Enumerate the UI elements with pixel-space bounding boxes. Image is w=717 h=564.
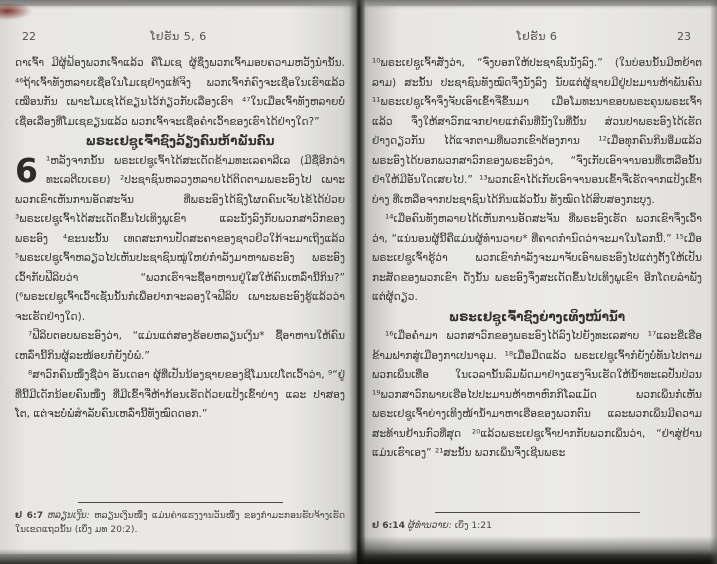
chapter-number-drop-cap: 6 (15, 155, 38, 187)
book-photo: 22 ໂຢຮັນ 5, 6 ດາເຈົ້າ ມີຜູ້ຟ້ອງພວກເຈົ້າແ… (0, 0, 717, 564)
paragraph-john5-end: ດາເຈົ້າ ມີຜູ້ຟ້ອງພວກເຈົ້າແລ້ວ ຄືໂມເຊ ຜູ້… (15, 54, 345, 132)
paragraph-verse10-13: ¹⁰ພຣະເຢຊູເຈົ້າສັ່ງວ່າ, “ຈົ່ງບອກໃຫ້ປະຊາຊົ… (372, 54, 702, 210)
left-page: 22 ໂຢຮັນ 5, 6 ດາເຈົ້າ ມີຜູ້ຟ້ອງພວກເຈົ້າແ… (0, 6, 357, 554)
paragraph-verse7: ⁷ຟີລິບຕອບພຣະອົງວ່າ, “ແມ່ນແຕ່ສອງຮ້ອຍຫລຽນເ… (15, 327, 345, 366)
footnote-term: ຜູ້ທຳນວາຍ: (408, 520, 452, 531)
top-edge-shadow (0, 0, 717, 9)
left-running-head: ໂຢຮັນ 5, 6 (0, 30, 357, 43)
footnote-reference: ຢ 6:14 (372, 520, 405, 531)
right-footnote: ຢ 6:14 ຜູ້ທຳນວາຍ: ເບິ່ງ 1:21 (372, 519, 702, 533)
paragraph-verse14-15: ¹⁴ເມື່ອຄົນທັງຫລາຍໄດ້ເຫັນການອັດສະຈັນ ທີ່ພ… (372, 210, 702, 308)
right-footnote-block: ຢ 6:14 ຜູ້ທຳນວາຍ: ເບິ່ງ 1:21 (372, 512, 702, 533)
footnote-text: ເບິ່ງ 1:21 (455, 520, 492, 531)
paragraph-john6-intro-text: ¹ຫລັງຈາກນັ້ນ ພຣະເຢຊູເຈົ້າໄດ້ສະເດັດຂ້າມທະ… (15, 155, 345, 323)
paragraph-verse8-9: ⁸ສາວົກຄົນໜຶ່ງຊື່ວ່າ ອັນເດອາ ຜູ້ທີ່ເປັນນ້… (15, 366, 345, 425)
right-running-head: ໂຢຮັນ 6 (357, 30, 717, 43)
right-edge-shadow (710, 0, 717, 564)
left-body-text: ດາເຈົ້າ ມີຜູ້ຟ້ອງພວກເຈົ້າແລ້ວ ຄືໂມເຊ ຜູ້… (15, 54, 345, 425)
footnote-divider (435, 512, 640, 513)
left-footnote-block: ຢ 6:7 ຫລຽນເງິນ: ຫລຽນເງິນໜຶ່ງ ແມ່ນຄ່າແຮງງ… (15, 502, 345, 537)
left-footnote: ຢ 6:7 ຫລຽນເງິນ: ຫລຽນເງິນໜຶ່ງ ແມ່ນຄ່າແຮງງ… (15, 509, 345, 537)
footnote-term: ຫລຽນເງິນ: (48, 510, 90, 521)
bottom-edge-shadow-right (357, 536, 717, 564)
paragraph-john6-intro: 6¹ຫລັງຈາກນັ້ນ ພຣະເຢຊູເຈົ້າໄດ້ສະເດັດຂ້າມທ… (15, 152, 345, 328)
paragraph-verse16-21: ¹⁶ເມື່ອຄ່ຳມາ ພວກສາວົກຂອງພຣະອົງໄດ້ລົງໄປຍັ… (372, 327, 702, 464)
right-body-text: ¹⁰ພຣະເຢຊູເຈົ້າສັ່ງວ່າ, “ຈົ່ງບອກໃຫ້ປະຊາຊົ… (372, 54, 702, 464)
section-heading-walking-on-water: ພຣະເຢຊູເຈົ້າຊົງຍ່າງເທິງໜ້ານ້ຳ (372, 308, 702, 328)
section-heading-feeding-5000: ພຣະເຢຊູເຈົ້າຊົງລ້ຽງຄົນຫ້າພັນຄົນ (15, 132, 345, 152)
right-page: 23 ໂຢຮັນ 6 ¹⁰ພຣະເຢຊູເຈົ້າສັ່ງວ່າ, “ຈົ່ງບ… (357, 6, 717, 554)
footnote-divider (78, 502, 283, 503)
footnote-reference: ຢ 6:7 (15, 510, 43, 521)
book-gutter-shadow (349, 0, 365, 564)
corner-stain-mark (0, 2, 32, 20)
